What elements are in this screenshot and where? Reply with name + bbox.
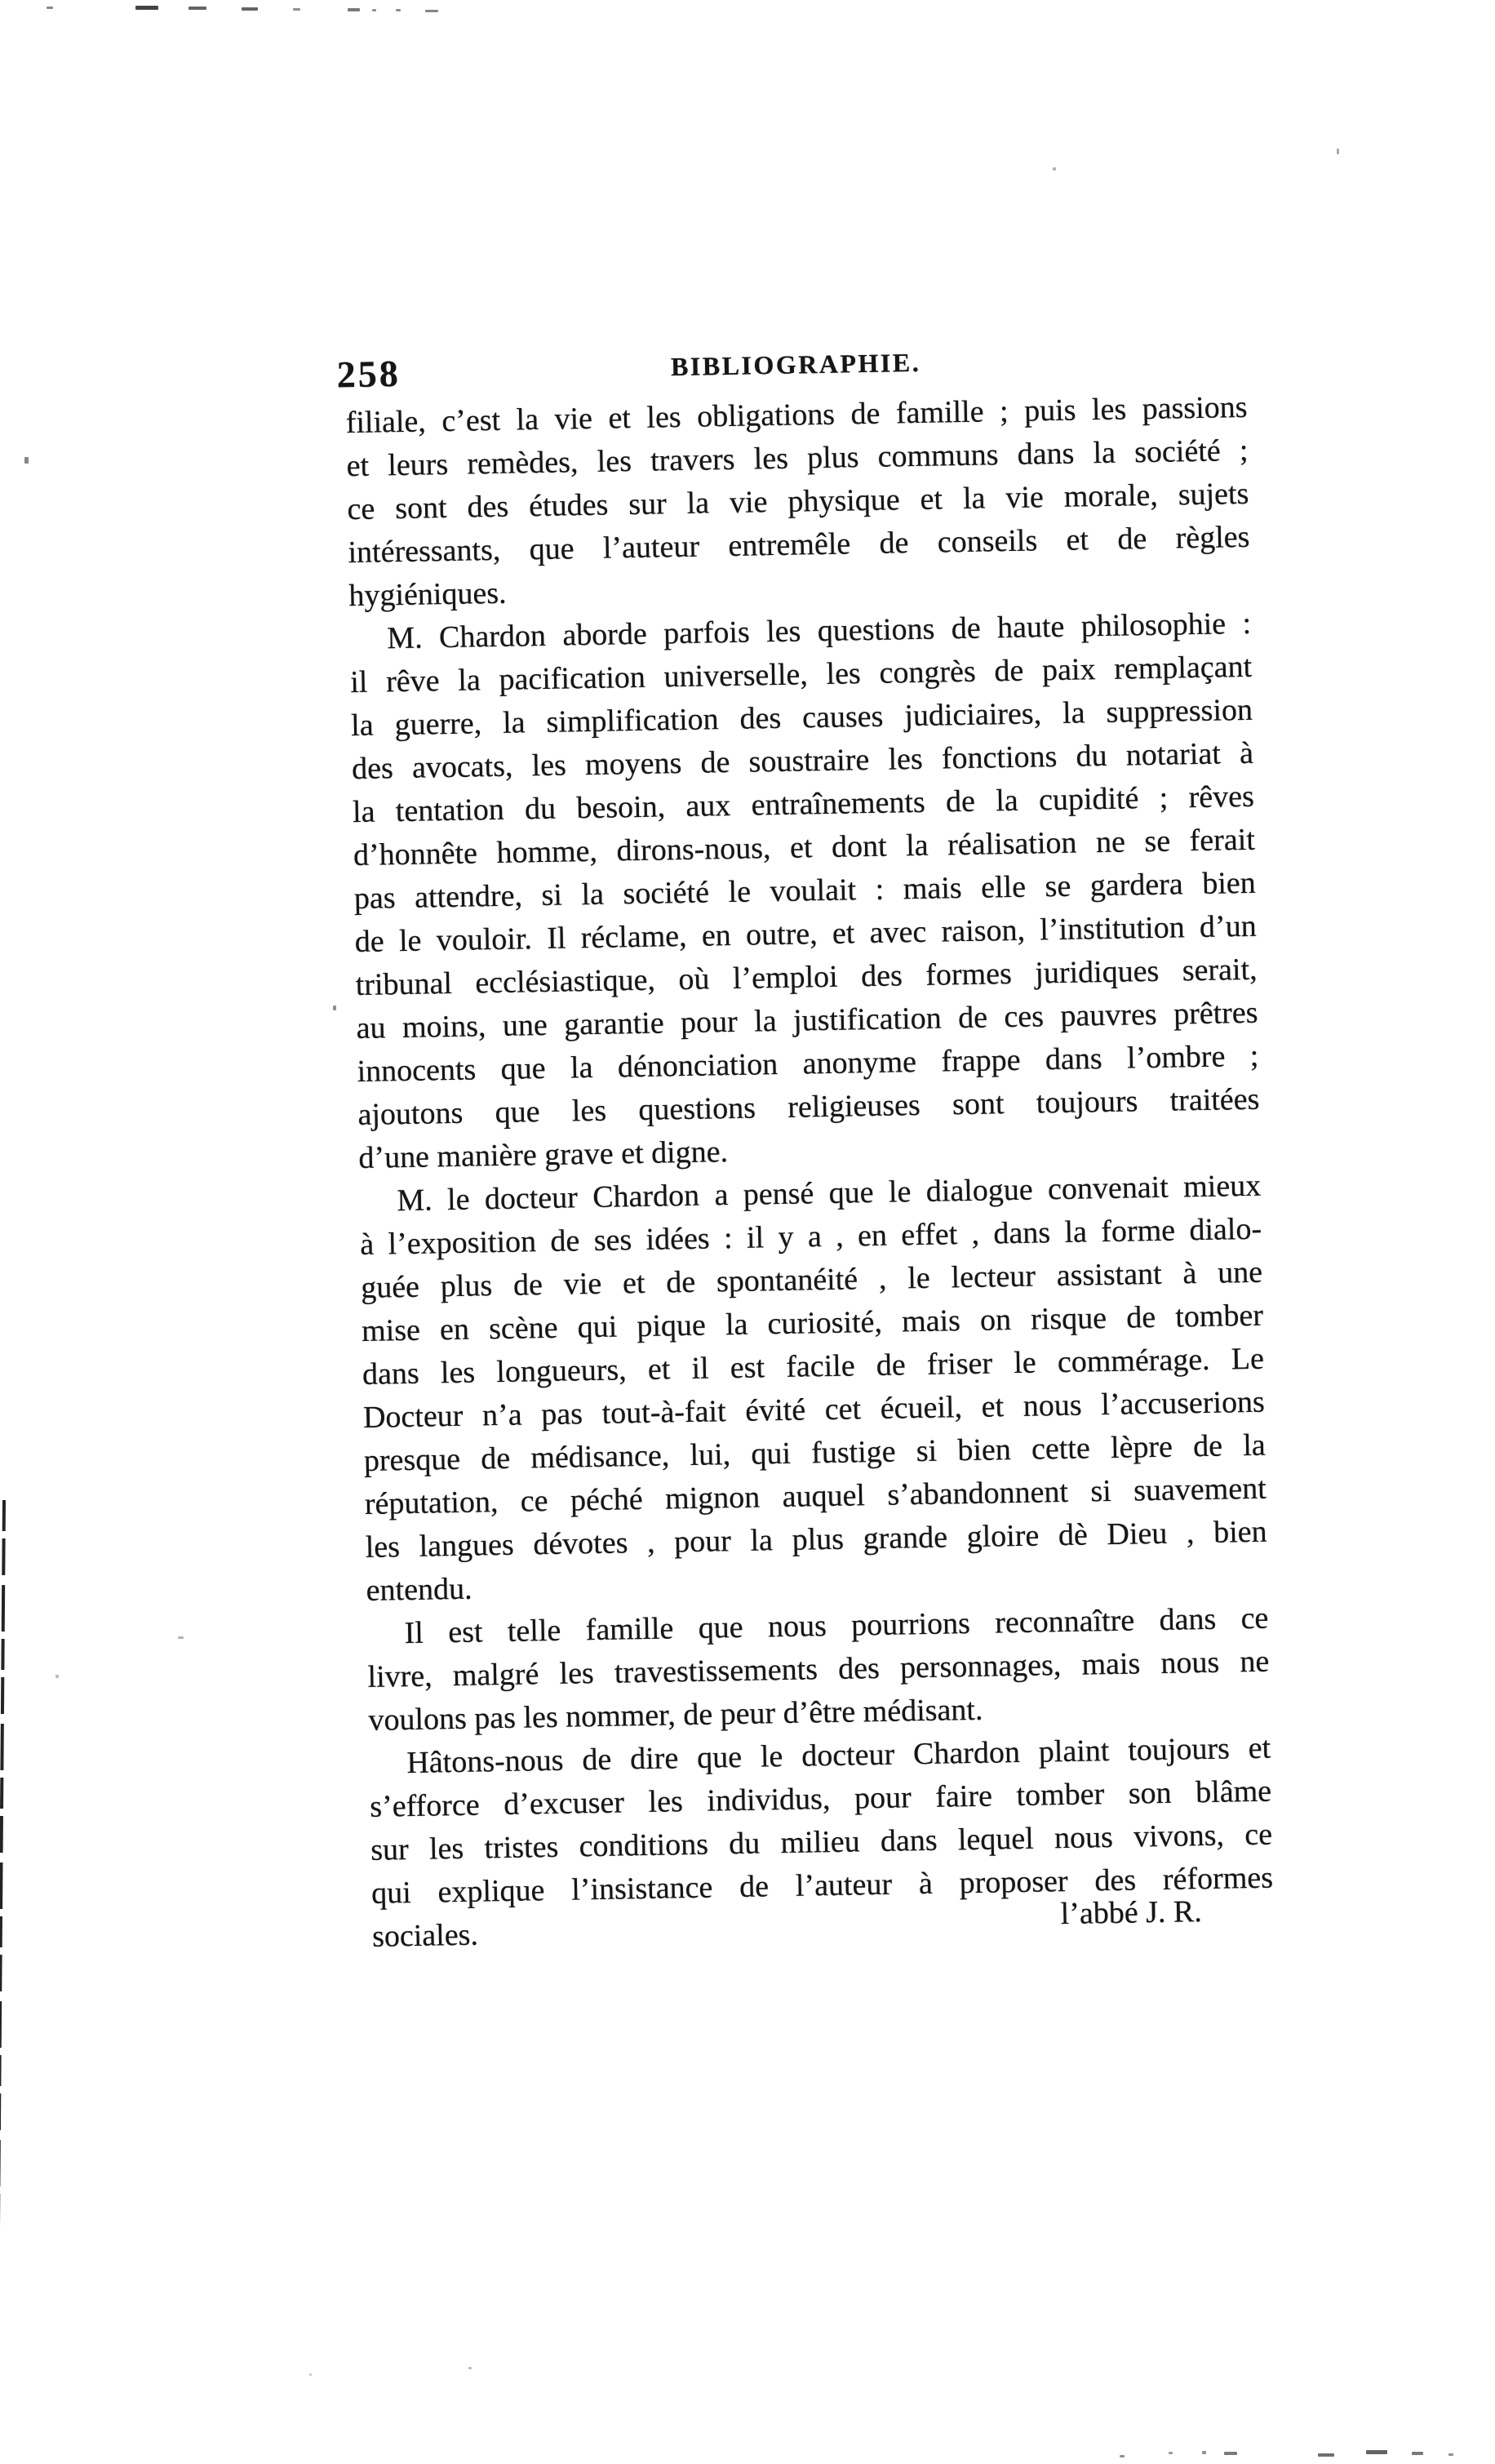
scan-speck [1412, 2452, 1423, 2455]
scan-speck [1169, 2452, 1173, 2454]
running-header: BIBLIOGRAPHIE. [344, 342, 1246, 388]
scan-speck [1448, 2453, 1453, 2456]
scan-gutter-line [0, 1500, 6, 2460]
scan-speck [1224, 2452, 1237, 2455]
closing-text: sociales. [372, 1914, 479, 1959]
scan-speck [1120, 2455, 1125, 2457]
signature-text: l’abbé J. R. [1060, 1890, 1202, 1936]
page-content: 258 BIBLIOGRAPHIE. filiale,c’estlavieetl… [0, 0, 1495, 2464]
scan-speck [1318, 2453, 1334, 2457]
book-page: 258 BIBLIOGRAPHIE. filiale,c’estlavieetl… [0, 0, 1495, 2464]
scan-speck [1202, 2451, 1206, 2454]
scan-speck [1366, 2450, 1387, 2454]
text-block: filiale,c’estlavieetlesobligationsdefami… [345, 386, 1274, 1959]
